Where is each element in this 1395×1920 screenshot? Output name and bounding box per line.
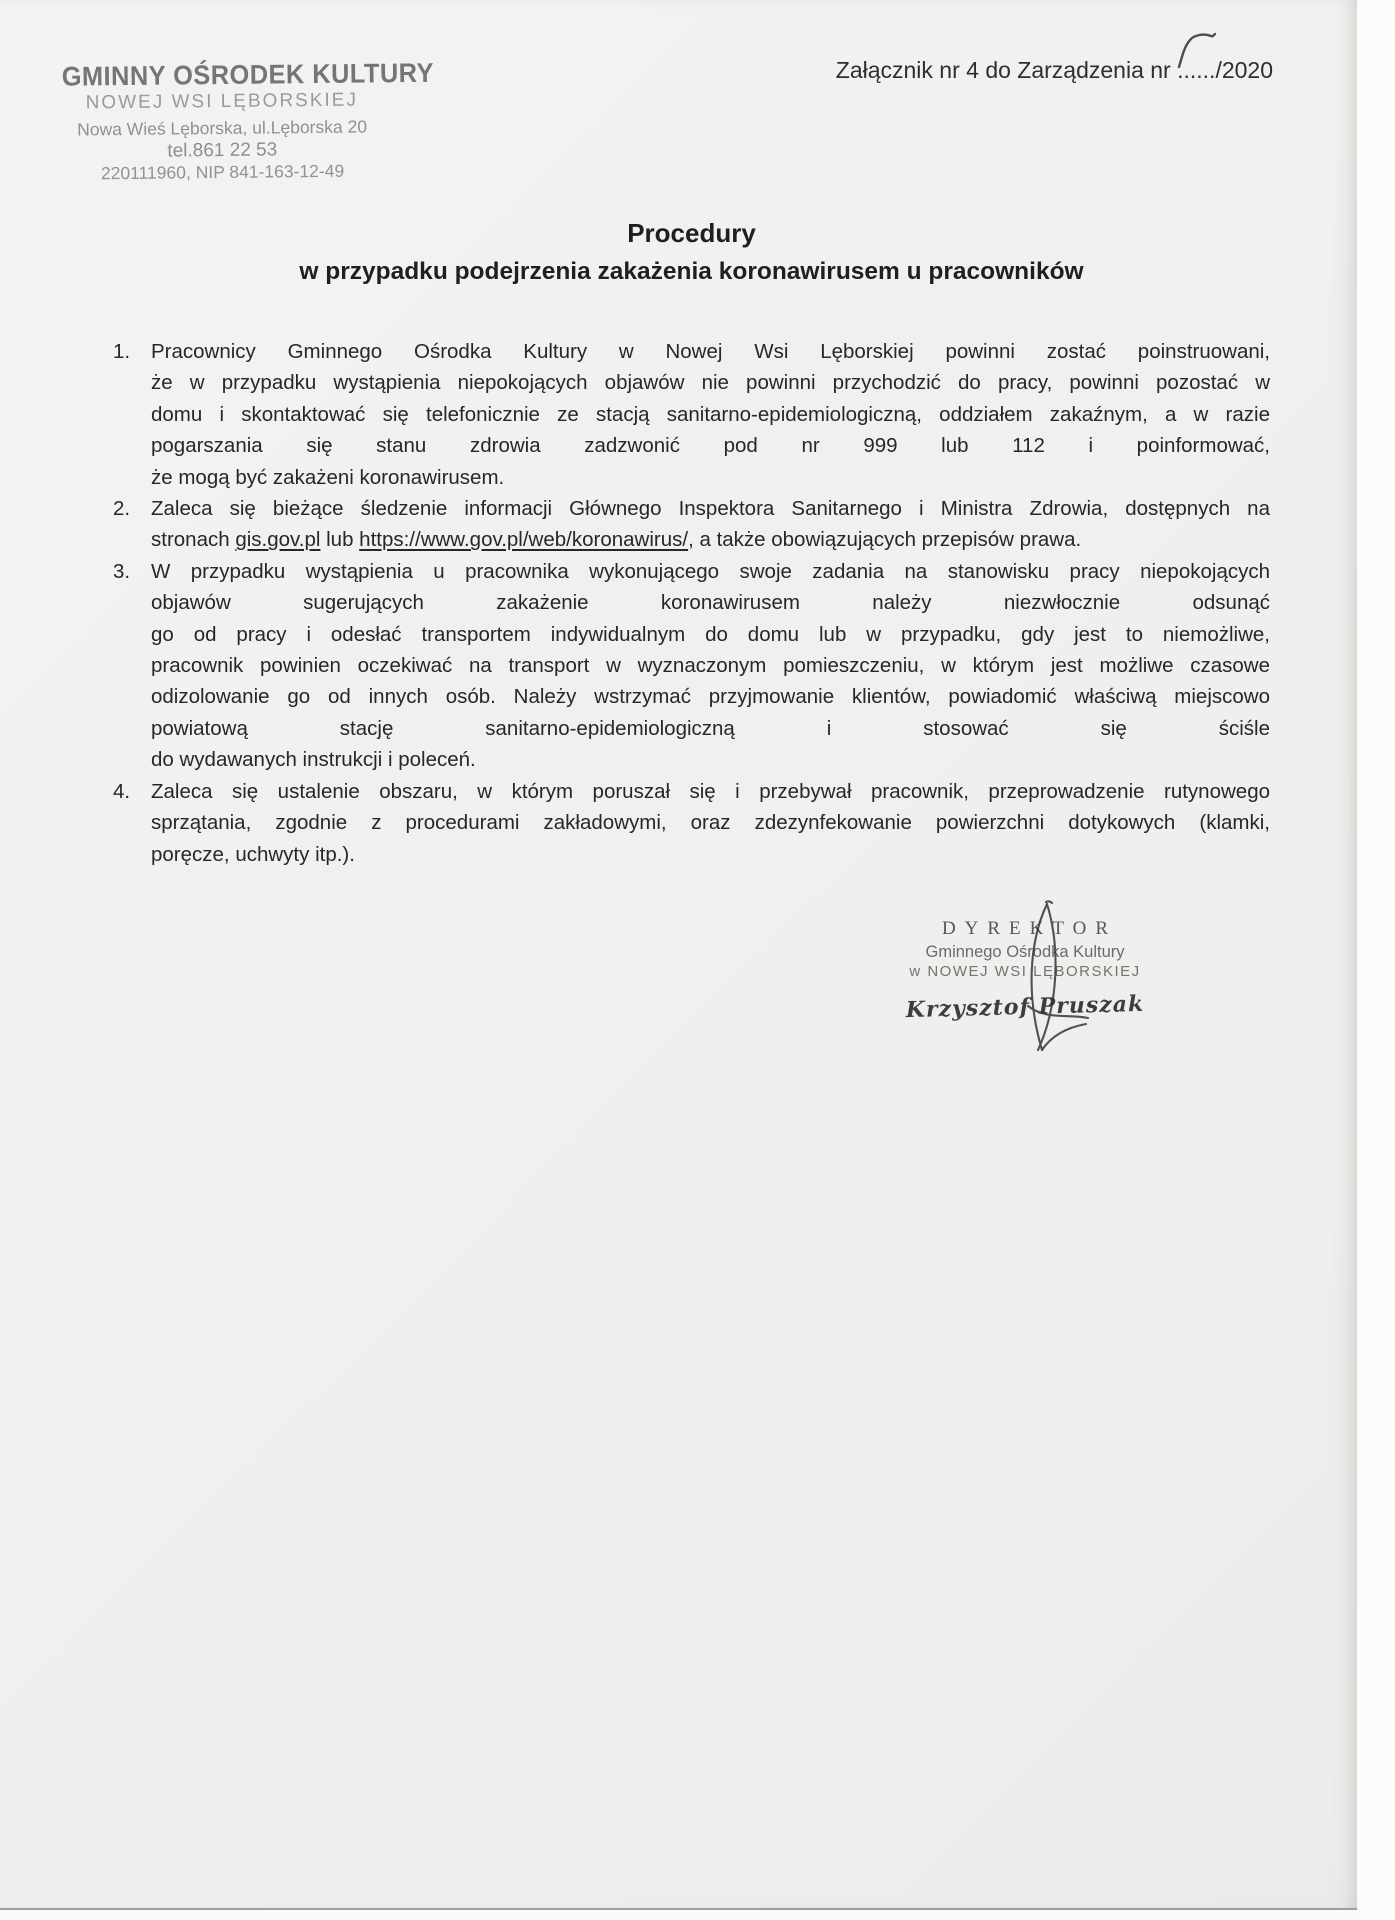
text-segment: W przypadku wystąpienia u pracownika wyk… <box>151 560 1270 583</box>
text-line: powiatową stację sanitarno-epidemiologic… <box>151 713 1270 744</box>
title-line-1: Procedury <box>113 218 1270 249</box>
text-line: stronach gis.gov.pl lub https://www.gov.… <box>151 524 1270 555</box>
item-text: W przypadku wystąpienia u pracownika wyk… <box>151 556 1270 776</box>
scanned-document-page: GMINNY OŚRODEK KULTURY NOWEJ WSI LĘBORSK… <box>0 0 1395 1920</box>
attachment-text-before: Załącznik nr 4 do Zarządzenia nr <box>836 57 1177 83</box>
link-text: gis.gov.pl <box>235 528 320 551</box>
text-segment: domu i skontaktować się telefonicznie ze… <box>151 403 1270 426</box>
text-line: go od pracy i odesłać transportem indywi… <box>151 619 1270 650</box>
item-number: 2. <box>113 493 151 556</box>
text-line: pogarszania się stanu zdrowia zadzwonić … <box>151 430 1270 461</box>
handwritten-number-icon <box>1171 31 1217 71</box>
stamp-regon-nip: 220111960, NIP 841-163-12-49 <box>52 162 392 185</box>
text-line: do wydawanych instrukcji i poleceń. <box>151 744 1270 775</box>
item-number: 1. <box>113 336 151 493</box>
text-line: poręcze, uchwyty itp.). <box>151 839 1270 870</box>
text-segment: że w przypadku wystąpienia niepokojących… <box>151 371 1270 394</box>
text-line: pracownik powinien oczekiwać na transpor… <box>151 650 1270 681</box>
text-segment: Zaleca się bieżące śledzenie informacji … <box>151 497 1270 520</box>
item-number: 3. <box>113 556 151 776</box>
text-segment: stronach <box>151 528 235 551</box>
text-segment: poręcze, uchwyty itp.). <box>151 843 355 866</box>
text-line: Zaleca się bieżące śledzenie informacji … <box>151 493 1270 524</box>
attachment-reference: Załącznik nr 4 do Zarządzenia nr ...... … <box>836 57 1273 84</box>
dotted-blank: ...... <box>1177 57 1215 84</box>
text-segment: lub <box>320 528 359 551</box>
text-line: Pracownicy Gminnego Ośrodka Kultury w No… <box>151 336 1270 367</box>
item-text: Pracownicy Gminnego Ośrodka Kultury w No… <box>151 336 1270 493</box>
procedure-item: 2.Zaleca się bieżące śledzenie informacj… <box>113 493 1270 556</box>
text-segment: do wydawanych instrukcji i poleceń. <box>151 748 476 771</box>
text-line: że w przypadku wystąpienia niepokojących… <box>151 367 1270 398</box>
org-stamp: GMINNY OŚRODEK KULTURY NOWEJ WSI LĘBORSK… <box>51 58 392 185</box>
text-line: objawów sugerujących zakażenie koronawir… <box>151 587 1270 618</box>
text-segment: Pracownicy Gminnego Ośrodka Kultury w No… <box>151 340 1270 363</box>
item-text: Zaleca się ustalenie obszaru, w którym p… <box>151 776 1270 870</box>
text-segment: Zaleca się ustalenie obszaru, w którym p… <box>151 780 1270 803</box>
attachment-text-after: /2020 <box>1215 57 1273 83</box>
link-text: https://www.gov.pl/web/koronawirus/ <box>359 528 688 551</box>
text-line: W przypadku wystąpienia u pracownika wyk… <box>151 556 1270 587</box>
text-line: że mogą być zakażeni koronawirusem. <box>151 462 1270 493</box>
stamp-org-location: NOWEJ WSI LĘBORSKIEJ <box>52 89 392 114</box>
procedure-item: 3.W przypadku wystąpienia u pracownika w… <box>113 556 1270 776</box>
scanner-background-right <box>1357 0 1395 1920</box>
title-line-2: w przypadku podejrzenia zakażenia korona… <box>113 258 1270 286</box>
text-segment: objawów sugerujących zakażenie koronawir… <box>151 591 1270 614</box>
text-line: Zaleca się ustalenie obszaru, w którym p… <box>151 776 1270 807</box>
text-segment: , a także obowiązujących przepisów prawa… <box>688 528 1081 551</box>
text-line: domu i skontaktować się telefonicznie ze… <box>151 399 1270 430</box>
stamp-phone: tel.861 22 53 <box>52 138 392 163</box>
text-segment: pracownik powinien oczekiwać na transpor… <box>151 654 1270 677</box>
text-segment: że mogą być zakażeni koronawirusem. <box>151 466 504 489</box>
text-segment: odizolowanie go od innych osób. Należy w… <box>151 685 1270 708</box>
document-title: Procedury w przypadku podejrzenia zakaże… <box>113 218 1270 286</box>
text-line: odizolowanie go od innych osób. Należy w… <box>151 681 1270 712</box>
item-text: Zaleca się bieżące śledzenie informacji … <box>151 493 1270 556</box>
text-segment: go od pracy i odesłać transportem indywi… <box>151 623 1270 646</box>
text-segment: powiatową stację sanitarno-epidemiologic… <box>151 717 1270 740</box>
text-segment: pogarszania się stanu zdrowia zadzwonić … <box>151 434 1270 457</box>
stamp-org-name: GMINNY OŚRODEK KULTURY <box>62 58 382 92</box>
text-line: sprzątania, zgodnie z procedurami zakład… <box>151 807 1270 838</box>
procedure-item: 1.Pracownicy Gminnego Ośrodka Kultury w … <box>113 336 1270 493</box>
procedure-item: 4.Zaleca się ustalenie obszaru, w którym… <box>113 776 1270 870</box>
signature-squiggle-icon <box>1002 900 1102 1060</box>
scanner-background-bottom <box>0 1910 1357 1920</box>
text-segment: sprzątania, zgodnie z procedurami zakład… <box>151 811 1270 834</box>
stamp-address: Nowa Wieś Lęborska, ul.Lęborska 20 <box>52 117 392 140</box>
item-number: 4. <box>113 776 151 870</box>
procedures-list: 1.Pracownicy Gminnego Ośrodka Kultury w … <box>113 336 1270 870</box>
